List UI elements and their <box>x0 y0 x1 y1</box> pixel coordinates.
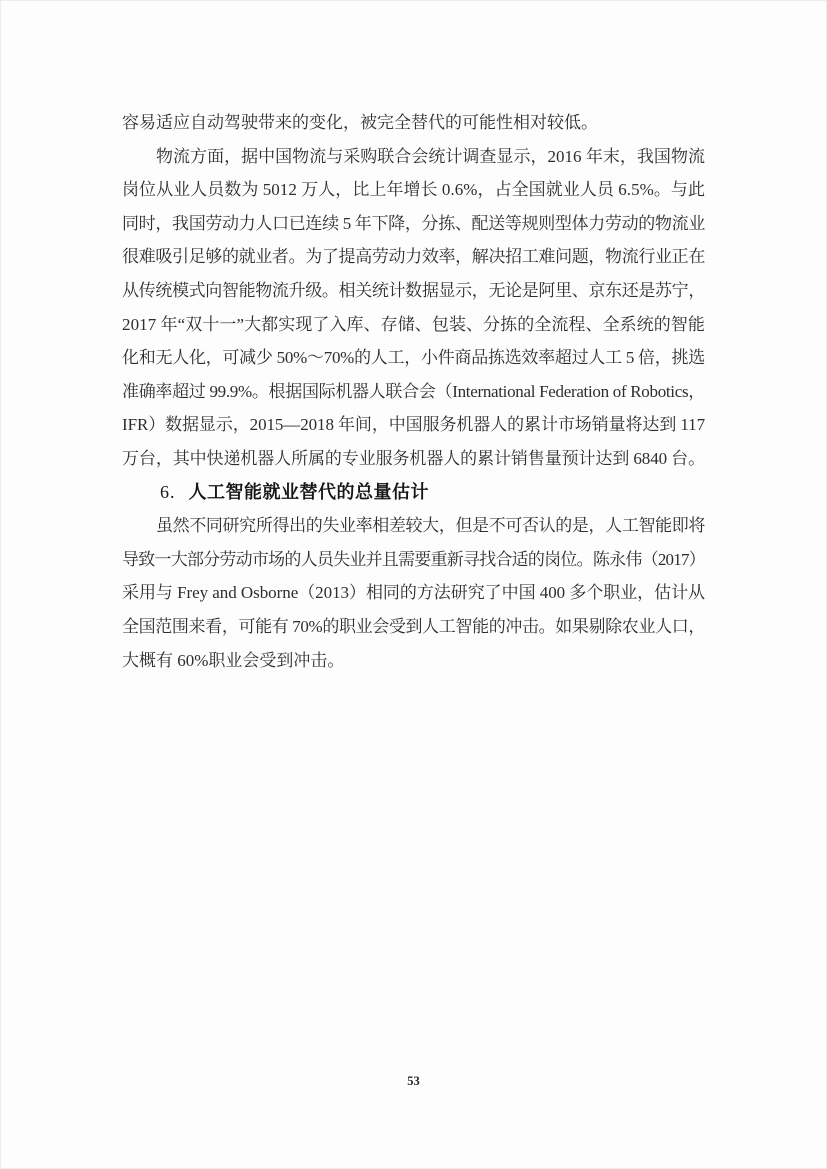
text-line: 大概有 60%职业会受到冲击。 <box>122 644 705 678</box>
text-line-content: 准确率超过 99.9%。根据国际机器人联合会（International Fed… <box>122 382 705 401</box>
document-content: 容易适应自动驾驶带来的变化，被完全替代的可能性相对较低。物流方面，据中国物流与采… <box>122 106 705 677</box>
text-line-content: 岗位从业人员数为 5012 万人，比上年增长 0.6%，占全国就业人员 6.5%… <box>122 180 705 199</box>
text-line-content: 同时，我国劳动力人口已连续 5 年下降，分拣、配送等规则型体力劳动的物流业 <box>122 214 705 233</box>
text-line-content: 容易适应自动驾驶带来的变化，被完全替代的可能性相对较低。 <box>122 113 598 132</box>
text-line-content: 虽然不同研究所得出的失业率相差较大，但是不可否认的是，人工智能即将 <box>156 516 705 535</box>
text-line: 导致一大部分劳动市场的人员失业并且需要重新寻找合适的岗位。陈永伟（2017） <box>122 543 705 577</box>
section-number: 6. <box>160 482 176 502</box>
section-heading: 6.人工智能就业替代的总量估计 <box>122 476 705 510</box>
text-line: 容易适应自动驾驶带来的变化，被完全替代的可能性相对较低。 <box>122 106 705 140</box>
text-line: 2017 年“双十一”大都实现了入库、存储、包装、分拣的全流程、全系统的智能 <box>122 308 705 342</box>
text-line-content: 大概有 60%职业会受到冲击。 <box>122 651 344 670</box>
text-line-content: 导致一大部分劳动市场的人员失业并且需要重新寻找合适的岗位。陈永伟（2017） <box>122 550 705 569</box>
text-line: 同时，我国劳动力人口已连续 5 年下降，分拣、配送等规则型体力劳动的物流业 <box>122 207 705 241</box>
text-line: 岗位从业人员数为 5012 万人，比上年增长 0.6%，占全国就业人员 6.5%… <box>122 173 705 207</box>
section-title: 人工智能就业替代的总量估计 <box>189 482 430 502</box>
text-line: IFR）数据显示，2015—2018 年间，中国服务机器人的累计市场销量将达到 … <box>122 408 705 442</box>
text-line: 从传统模式向智能物流升级。相关统计数据显示，无论是阿里、京东还是苏宁， <box>122 274 705 308</box>
text-line: 很难吸引足够的就业者。为了提高劳动力效率，解决招工难问题，物流行业正在 <box>122 240 705 274</box>
text-line-content: 万台，其中快递机器人所属的专业服务机器人的累计销售量预计达到 6840 台。 <box>122 449 705 468</box>
text-line-content: IFR）数据显示，2015—2018 年间，中国服务机器人的累计市场销量将达到 … <box>122 415 705 434</box>
text-line-content: 采用与 Frey and Osborne（2013）相同的方法研究了中国 400… <box>122 583 705 602</box>
text-line-content: 化和无人化，可减少 50%～70%的人工，小件商品拣选效率超过人工 5 倍，挑选 <box>122 348 705 367</box>
text-line-content: 全国范围来看，可能有 70%的职业会受到人工智能的冲击。如果剔除农业人口， <box>122 617 705 636</box>
text-line: 准确率超过 99.9%。根据国际机器人联合会（International Fed… <box>122 375 705 409</box>
text-line: 化和无人化，可减少 50%～70%的人工，小件商品拣选效率超过人工 5 倍，挑选 <box>122 341 705 375</box>
text-line: 万台，其中快递机器人所属的专业服务机器人的累计销售量预计达到 6840 台。 <box>122 442 705 476</box>
page-number: 53 <box>0 1074 827 1089</box>
text-line: 虽然不同研究所得出的失业率相差较大，但是不可否认的是，人工智能即将 <box>122 509 705 543</box>
text-line-content: 物流方面，据中国物流与采购联合会统计调查显示，2016 年末，我国物流 <box>156 147 705 166</box>
text-line: 物流方面，据中国物流与采购联合会统计调查显示，2016 年末，我国物流 <box>122 140 705 174</box>
text-line-content: 从传统模式向智能物流升级。相关统计数据显示，无论是阿里、京东还是苏宁， <box>122 281 705 300</box>
text-line: 采用与 Frey and Osborne（2013）相同的方法研究了中国 400… <box>122 576 705 610</box>
document-page: 容易适应自动驾驶带来的变化，被完全替代的可能性相对较低。物流方面，据中国物流与采… <box>0 0 827 1169</box>
text-line-content: 很难吸引足够的就业者。为了提高劳动力效率，解决招工难问题，物流行业正在 <box>122 247 705 266</box>
text-line-content: 2017 年“双十一”大都实现了入库、存储、包装、分拣的全流程、全系统的智能 <box>122 315 705 334</box>
text-line: 全国范围来看，可能有 70%的职业会受到人工智能的冲击。如果剔除农业人口， <box>122 610 705 644</box>
